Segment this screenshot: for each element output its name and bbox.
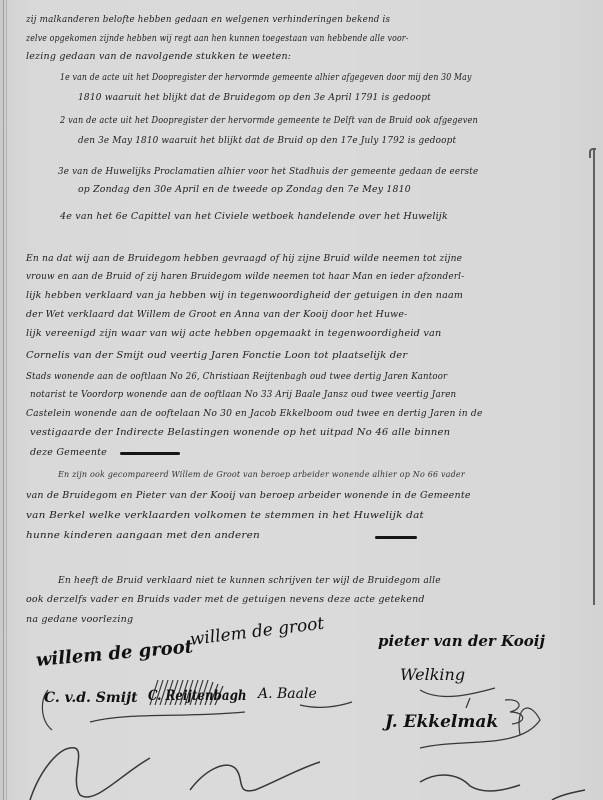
text-line: ook derzelfs vader en Bruids vader met d… bbox=[26, 594, 425, 605]
item-1-line-1: 1e van de acte uit het Doopregister der … bbox=[60, 72, 472, 83]
text-line: Castelein wonende aan de ooftelaan No 30… bbox=[26, 408, 483, 419]
text-line: zij malkanderen belofte hebben gedaan en… bbox=[26, 14, 390, 25]
item-4-line-1: 4e van het 6e Capittel van het Civiele w… bbox=[60, 211, 448, 222]
item-2-line-1: 2 van de acte uit het Doopregister der h… bbox=[60, 115, 478, 126]
text-line: van Berkel welke verklaarden volkomen te… bbox=[26, 510, 424, 521]
text-line: deze Gemeente bbox=[30, 447, 107, 458]
text-line: lezing gedaan van de navolgende stukken … bbox=[26, 51, 291, 62]
binding-edge-line bbox=[6, 0, 7, 800]
text-line: Cornelis van der Smijt oud veertig Jaren… bbox=[26, 350, 407, 361]
text-line: hunne kinderen aangaan met den anderen bbox=[26, 530, 260, 541]
signature-witness-4: Welking bbox=[400, 665, 465, 684]
text-line: En na dat wij aan de Bruidegom hebben ge… bbox=[26, 253, 462, 264]
text-line: notarist te Voordorp wonende aan de ooft… bbox=[30, 389, 456, 400]
signature-groom-father: willem de groot bbox=[189, 614, 326, 650]
text-line: na gedane voorlezing bbox=[26, 614, 133, 625]
item-2-line-2: den 3e May 1810 waaruit het blijkt dat d… bbox=[78, 135, 456, 146]
signature-bride-father: pieter van der Kooij bbox=[378, 632, 545, 650]
signature-groom: willem de groot bbox=[35, 636, 194, 671]
item-3-line-1: 3e van de Huwelijks Proclamatien alhier … bbox=[58, 166, 478, 177]
line-filler-stroke bbox=[120, 452, 180, 455]
text-line: van de Bruidegom en Pieter van der Kooij… bbox=[26, 490, 471, 501]
signature-witness-2: C. Reijtenbagh bbox=[148, 688, 247, 704]
text-line: En heeft de Bruid verklaard niet te kunn… bbox=[58, 575, 441, 586]
text-line: vestigaarde der Indirecte Belastingen wo… bbox=[30, 427, 450, 438]
text-line: Stads wonende aan de ooftlaan No 26, Chr… bbox=[26, 371, 447, 382]
item-3-line-2: op Zondag den 30e April en de tweede op … bbox=[78, 184, 411, 195]
signature-witness-3: A. Baale bbox=[258, 686, 317, 702]
text-line: En zijn ook gecompareerd Willem de Groot… bbox=[58, 470, 465, 480]
signature-witness-5: J. Ekkelmak bbox=[385, 712, 498, 732]
signature-witness-1: C. v.d. Smijt bbox=[44, 690, 138, 706]
text-line: zelve opgekomen zijnde hebben wij regt a… bbox=[26, 33, 408, 44]
text-line: lijk hebben verklaard van ja hebben wij … bbox=[26, 290, 463, 301]
text-line: lijk vereenigd zijn waar van wij acte he… bbox=[26, 328, 441, 339]
text-line: der Wet verklaard dat Willem de Groot en… bbox=[26, 309, 407, 320]
binding-edge-line bbox=[3, 0, 4, 800]
text-line: vrouw en aan de Bruid of zij haren Bruid… bbox=[26, 271, 464, 282]
document-page: zij malkanderen belofte hebben gedaan en… bbox=[0, 0, 603, 800]
right-margin-rule bbox=[593, 150, 595, 605]
line-filler-stroke bbox=[375, 536, 417, 539]
item-1-line-2: 1810 waaruit het blijkt dat de Bruidegom… bbox=[78, 92, 431, 103]
